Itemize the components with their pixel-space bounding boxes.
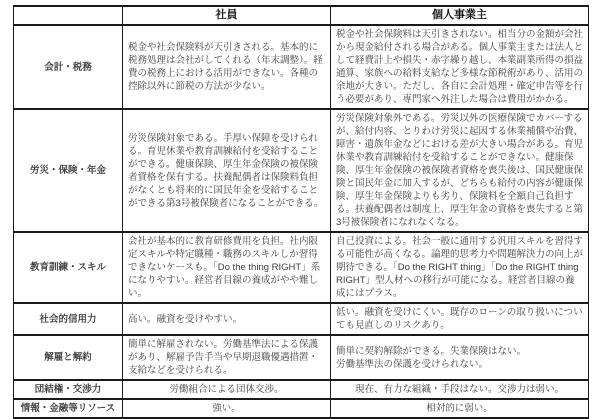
employee-cell-accounting-tax: 税金や社会保険料が天引きされる。基本的に税務処理は会社がしてくれる（年末調整）。… [123,25,331,109]
header-category-cell [14,6,123,25]
table-row-accounting-tax: 会計・税務 税金や社会保険料が天引きされる。基本的に税務処理は会社がしてくれる（… [14,25,589,109]
header-sole-proprietor-cell: 個人事業主 [331,6,589,25]
employee-cell-social-credit: 高い。融資を受けやすい。 [123,303,331,335]
sole-proprietor-cell-accounting-tax: 税金や社会保険料は天引きされない。相当分の金額が会社から現金給付される場合がある… [331,25,589,109]
header-row: 社員 個人事業主 [14,6,589,25]
sole-proprietor-cell-social-credit: 低い。融資を受けにくい。既存のローンの取り扱いについても見直しのリスクあり。 [331,303,589,335]
row-label-insurance-pension: 労災・保険・年金 [14,109,123,232]
row-label-social-credit: 社会的信用力 [14,303,123,335]
employee-cell-insurance-pension: 労災保険対象である。手厚い保障を受けられる。育児休業や教育訓練給付を受給すること… [123,109,331,232]
table-row-insurance-pension: 労災・保険・年金 労災保険対象である。手厚い保障を受けられる。育児休業や教育訓練… [14,109,589,232]
row-label-training-skill: 教育訓練・スキル [14,232,123,303]
table-row-dismissal-termination: 解雇と解約 簡単に解雇されない。労働基準法による保護があり、解雇予告手当や早期退… [14,335,589,380]
sole-proprietor-cell-training-skill: 自己投資による。社会一般に通用する汎用スキルを習得する可能性が高くなる。論理的思… [331,232,589,303]
row-label-accounting-tax: 会計・税務 [14,25,123,109]
sole-proprietor-cell-insurance-pension: 労災保険対象外である。労災以外の医療保険でカバーするが、給付内容、とりわけ労災に… [331,109,589,232]
comparison-table-container: 社員 個人事業主 会計・税務 税金や社会保険料が天引きされる。基本的に税務処理は… [13,5,588,383]
employee-cell-dismissal-termination: 簡単に解雇されない。労働基準法による保護があり、解雇予告手当や早期退職優遇措置・… [123,335,331,380]
employee-vs-sole-proprietor-table: 社員 個人事業主 会計・税務 税金や社会保険料が天引きされる。基本的に税務処理は… [13,5,589,383]
table-row-training-skill: 教育訓練・スキル 会社が基本的に教育研修費用を負担。社内限定スキルや特定職種・職… [14,232,589,303]
sole-proprietor-cell-dismissal-termination: 簡単に契約解除ができる。失業保険はない。 労働基準法の保護を受けられない。 [331,335,589,380]
table-row-social-credit: 社会的信用力 高い。融資を受けやすい。 低い。融資を受けにくい。既存のローンの取… [14,303,589,335]
header-employee-cell: 社員 [123,6,331,25]
row-label-dismissal-termination: 解雇と解約 [14,335,123,380]
employee-cell-training-skill: 会社が基本的に教育研修費用を負担。社内限定スキルや特定職種・職務のスキルしか習得… [123,232,331,303]
